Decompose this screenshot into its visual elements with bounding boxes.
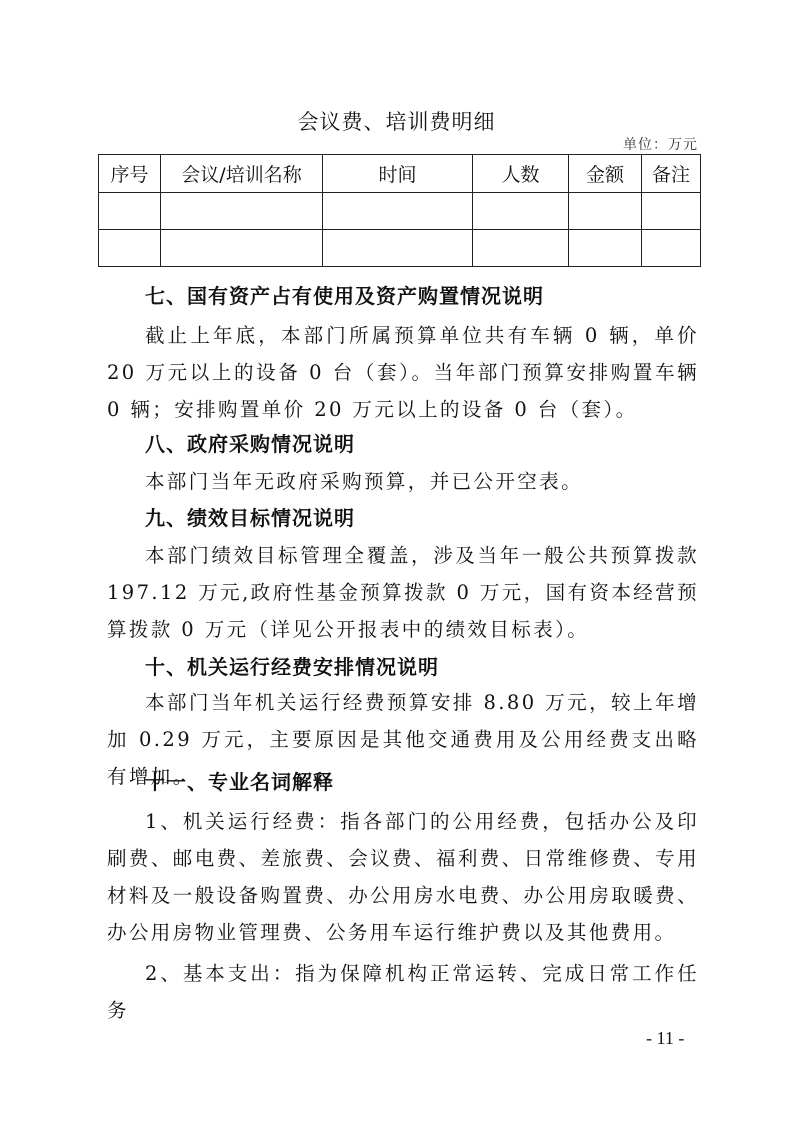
table-cell: [473, 193, 569, 230]
section-heading-assets: 七、国有资产占有使用及资产购置情况说明: [145, 280, 544, 309]
table-cell: [99, 230, 161, 267]
paragraph: 2、基本支出：指为保障机构正常运转、完成日常工作任务: [107, 955, 699, 1029]
table-cell: [642, 230, 701, 267]
table-cell: [161, 230, 323, 267]
paragraph: 截止上年底，本部门所属预算单位共有车辆 0 辆，单价 20 万元以上的设备 0 …: [107, 317, 699, 428]
section-body-procurement: 本部门当年无政府采购预算，并已公开空表。: [107, 463, 699, 500]
table-cell: [473, 230, 569, 267]
section-body-performance: 本部门绩效目标管理全覆盖，涉及当年一般公共预算拨款 197.12 万元,政府性基…: [107, 537, 699, 648]
paragraph: 本部门绩效目标管理全覆盖，涉及当年一般公共预算拨款 197.12 万元,政府性基…: [107, 537, 699, 648]
section-heading-procurement: 八、政府采购情况说明: [145, 428, 355, 457]
table-cell: [323, 193, 473, 230]
unit-label: 单位：万元: [623, 134, 698, 154]
paragraph: 本部门当年无政府采购预算，并已公开空表。: [107, 463, 699, 500]
table-cell: [569, 193, 642, 230]
table-header-row: 序号 会议/培训名称 时间 人数 金额 备注: [99, 155, 701, 193]
meeting-training-fee-table: 序号 会议/培训名称 时间 人数 金额 备注: [98, 154, 701, 267]
section-heading-glossary: 十一、专业名词解释: [145, 766, 334, 795]
table-cell: [323, 230, 473, 267]
page-number: - 11 -: [646, 1028, 684, 1049]
column-header-headcount: 人数: [473, 155, 569, 193]
table-row: [99, 230, 701, 267]
table-row: [99, 193, 701, 230]
table-cell: [99, 193, 161, 230]
column-header-time: 时间: [323, 155, 473, 193]
section-heading-performance: 九、绩效目标情况说明: [145, 502, 355, 531]
table-title: 会议费、培训费明细: [0, 106, 793, 136]
table-cell: [569, 230, 642, 267]
section-heading-operating-costs: 十、机关运行经费安排情况说明: [145, 651, 439, 680]
column-header-name: 会议/培训名称: [161, 155, 323, 193]
table-cell: [642, 193, 701, 230]
section-body-glossary: 1、机关运行经费：指各部门的公用经费，包括办公及印刷费、邮电费、差旅费、会议费、…: [107, 803, 699, 1029]
column-header-index: 序号: [99, 155, 161, 193]
paragraph: 1、机关运行经费：指各部门的公用经费，包括办公及印刷费、邮电费、差旅费、会议费、…: [107, 803, 699, 951]
table-cell: [161, 193, 323, 230]
section-body-assets: 截止上年底，本部门所属预算单位共有车辆 0 辆，单价 20 万元以上的设备 0 …: [107, 317, 699, 428]
column-header-remarks: 备注: [642, 155, 701, 193]
column-header-amount: 金额: [569, 155, 642, 193]
